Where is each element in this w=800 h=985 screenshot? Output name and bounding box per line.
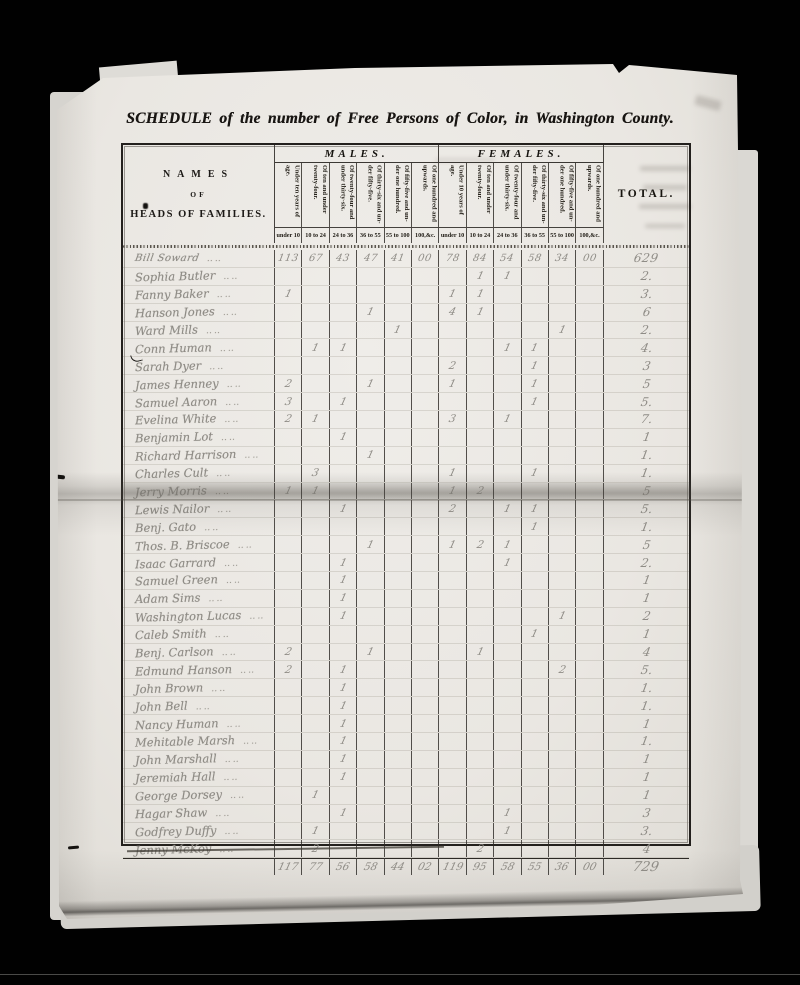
cell-m-10-24 (302, 286, 329, 303)
row-total-cell: 4 (604, 644, 689, 661)
cell-f-36-55 (522, 787, 549, 804)
handwritten-entry: 1. (639, 699, 653, 713)
page-title: SCHEDULE of the number of Free Persons o… (110, 110, 690, 128)
cell-f-24-36 (494, 447, 521, 464)
head-of-family-name: Benj. Carlson (135, 644, 238, 661)
cell-f-100up (576, 787, 603, 804)
total-f-36-55: 55 (522, 858, 549, 875)
head-of-family-cell: Sophia Butler (123, 268, 275, 285)
cell-m-55-100 (385, 608, 412, 625)
cell-f-100up (576, 375, 603, 392)
cell-f-under10: 3 (439, 411, 466, 428)
head-of-family-name: Hanson Jones (135, 304, 239, 321)
cell-m-10-24 (302, 322, 329, 339)
handwritten-entry: 3 (283, 396, 293, 408)
cell-m-under10 (275, 697, 302, 714)
total-m-24-36: 56 (330, 858, 357, 875)
head-of-family-name: John Bell (135, 698, 212, 714)
row-total-cell: 7. (604, 411, 689, 428)
cell-m-100up (412, 411, 439, 428)
cell-f-36-55 (522, 608, 549, 625)
cell-f-under10 (439, 751, 466, 768)
cell-m-24-36 (330, 644, 357, 661)
cell-m-55-100 (385, 626, 412, 643)
cell-f-36-55 (522, 715, 549, 732)
cell-f-55-100 (549, 554, 576, 571)
row-total-cell: 5 (604, 375, 689, 392)
head-of-family-cell: Jenny McKoy (123, 840, 275, 857)
head-of-family-cell: Edmund Hanson (123, 661, 275, 678)
cell-m-24-36 (330, 447, 357, 464)
col-header-m-under10: Under ten years of age. (275, 163, 302, 227)
cell-f-100up (576, 339, 603, 356)
cell-m-10-24 (302, 536, 329, 553)
cell-m-under10: 1 (275, 286, 302, 303)
cell-f-100up (576, 715, 603, 732)
row-total-cell: 1. (604, 518, 689, 535)
cell-f-under10 (439, 733, 466, 750)
cell-f-55-100 (549, 304, 576, 321)
handwritten-entry: 1 (393, 324, 403, 336)
col-header-m-55-100: Of fifty-five and un-der one hundred. (385, 163, 412, 227)
cell-m-24-36: 1 (330, 715, 357, 732)
table-row: Samuel Green11 (123, 572, 689, 590)
col-subheader-f-under10: under 10 (439, 227, 466, 243)
cell-m-55-100 (385, 268, 412, 285)
cell-m-10-24 (302, 429, 329, 446)
cell-f-under10: 2 (439, 500, 466, 517)
cell-m-100up (412, 751, 439, 768)
handwritten-entry: 77 (307, 861, 323, 873)
head-of-family-cell: Thos. B. Briscoe (123, 536, 275, 553)
cell-f-10-24 (467, 661, 494, 678)
cell-f-under10: 1 (439, 536, 466, 553)
cell-m-10-24 (302, 304, 329, 321)
cell-m-10-24 (302, 805, 329, 822)
cell-f-55-100 (549, 840, 576, 857)
cell-m-24-36: 1 (330, 679, 357, 696)
col-subheader-m-under10: under 10 (275, 227, 302, 243)
cell-m-100up (412, 626, 439, 643)
cell-f-55-100 (549, 268, 576, 285)
cell-f-10-24: 1 (467, 644, 494, 661)
handwritten-entry: 1 (366, 306, 376, 318)
handwritten-entry: 1. (639, 466, 653, 480)
handwritten-entry: 1 (311, 789, 321, 801)
cell-f-under10: 1 (439, 375, 466, 392)
head-of-family-name: Godfrey Duffy (135, 823, 241, 840)
handwritten-entry: 00 (581, 861, 597, 873)
cell-f-10-24: 2 (467, 840, 494, 857)
head-of-family-name: Evelina White (135, 411, 241, 428)
col-header-f-10-24: Of ten and under twenty-four. (467, 163, 494, 227)
cell-f-24-36 (494, 518, 521, 535)
cell-f-24-36: 1 (494, 805, 521, 822)
row-total-cell: 5. (604, 393, 689, 410)
handwritten-entry: 1 (338, 557, 348, 569)
handwritten-entry: 1 (502, 503, 512, 515)
cell-f-under10 (439, 590, 466, 607)
scan-artifact-line (0, 974, 800, 975)
row-total-cell: 1 (604, 572, 689, 589)
cell-m-36-55 (357, 572, 384, 589)
females-group-header: FEMALES. (439, 145, 603, 163)
handwritten-entry: 2 (448, 360, 458, 372)
col-header-m-100up: Of one hundred and upwards. (412, 163, 439, 227)
cell-m-24-36 (330, 286, 357, 303)
total-m-55-100: 44 (385, 858, 412, 875)
head-of-family-name: Jeremiah Hall (135, 769, 240, 786)
cell-f-10-24 (467, 697, 494, 714)
grand-total-cell: 729 (604, 858, 689, 875)
cell-m-100up (412, 393, 439, 410)
cell-f-10-24 (467, 626, 494, 643)
handwritten-entry: 2 (283, 664, 293, 676)
cell-f-under10 (439, 697, 466, 714)
handwritten-entry: 3. (639, 824, 653, 838)
handwritten-entry: 3 (641, 359, 651, 373)
cell-m-100up (412, 823, 439, 840)
handwritten-entry: 1 (641, 591, 651, 605)
cell-f-100up (576, 751, 603, 768)
col-subheader-m-36-55: 36 to 55 (357, 227, 384, 243)
handwritten-entry: 6 (641, 305, 651, 319)
handwritten-entry: 02 (417, 861, 433, 873)
col-subheader-f-24-36: 24 to 36 (494, 227, 521, 243)
cell-f-55-100 (549, 644, 576, 661)
cell-m-10-24: 1 (302, 483, 329, 500)
handwritten-entry: 1 (338, 718, 348, 730)
cell-m-100up (412, 554, 439, 571)
cell-m-24-36: 1 (330, 393, 357, 410)
head-of-family-cell: Benjamin Lot (123, 429, 275, 446)
cell-m-36-55 (357, 286, 384, 303)
cell-m-10-24 (302, 554, 329, 571)
handwritten-entry: 1 (448, 485, 458, 497)
cell-f-100up (576, 572, 603, 589)
handwritten-entry: 2. (639, 323, 653, 337)
cell-m-under10 (275, 805, 302, 822)
table-row: John Marshall11 (123, 751, 689, 769)
cell-f-55-100 (549, 733, 576, 750)
cell-m-55-100 (385, 715, 412, 732)
cell-f-55-100 (549, 536, 576, 553)
cell-f-10-24: 1 (467, 286, 494, 303)
cell-m-10-24 (302, 769, 329, 786)
cell-f-100up (576, 268, 603, 285)
cell-f-36-55 (522, 572, 549, 589)
row-total-cell: 2. (604, 268, 689, 285)
row-total-cell: 2. (604, 322, 689, 339)
cell-m-36-55: 1 (357, 644, 384, 661)
cell-f-100up (576, 322, 603, 339)
total-f-55-100: 36 (549, 858, 576, 875)
cell-m-55-100 (385, 751, 412, 768)
cell-m-10-24: 1 (302, 411, 329, 428)
cell-f-under10 (439, 679, 466, 696)
cell-m-24-36 (330, 268, 357, 285)
cell-m-10-24: 2 (302, 840, 329, 857)
cell-m-100up (412, 715, 439, 732)
cell-f-10-24: 84 (467, 250, 494, 267)
cell-f-10-24 (467, 715, 494, 732)
cell-f-55-100 (549, 357, 576, 374)
handwritten-entry: 00 (582, 253, 598, 264)
cell-f-10-24: 1 (467, 268, 494, 285)
head-of-family-name: Thos. B. Briscoe (135, 536, 254, 553)
head-of-family-cell: John Brown (123, 679, 275, 696)
handwritten-entry: 1 (530, 342, 540, 354)
cell-m-36-55 (357, 661, 384, 678)
handwritten-entry: 1 (475, 288, 485, 300)
cell-f-under10: 1 (439, 286, 466, 303)
cell-m-55-100 (385, 465, 412, 482)
handwritten-entry: 1 (557, 610, 567, 622)
cell-m-55-100: 41 (385, 250, 412, 267)
row-total-cell: 5 (604, 536, 689, 553)
cell-f-10-24 (467, 572, 494, 589)
cell-m-under10 (275, 518, 302, 535)
col-subheader-m-100up: 100,&c. (412, 227, 439, 243)
cell-f-24-36 (494, 751, 521, 768)
handwritten-entry: 1. (639, 734, 653, 748)
handwritten-entry: 34 (554, 253, 570, 264)
cell-f-100up (576, 304, 603, 321)
handwritten-entry: 1 (641, 627, 651, 641)
cell-m-55-100 (385, 554, 412, 571)
cell-m-100up (412, 465, 439, 482)
table-row: Conn Human11114. (123, 339, 689, 357)
cell-f-100up (576, 429, 603, 446)
row-total-cell: 5 (604, 483, 689, 500)
table-row: Lewis Nailor12115. (123, 500, 689, 518)
cell-m-55-100 (385, 697, 412, 714)
row-total-cell: 1. (604, 465, 689, 482)
cell-f-100up (576, 769, 603, 786)
handwritten-entry: 58 (499, 861, 515, 873)
cell-m-10-24: 67 (302, 250, 329, 267)
cell-m-24-36: 1 (330, 805, 357, 822)
handwritten-entry: 1 (311, 342, 321, 354)
cell-m-24-36: 1 (330, 661, 357, 678)
handwritten-entry: 1 (641, 752, 651, 766)
row-total-cell: 1 (604, 751, 689, 768)
handwritten-entry: 1 (530, 467, 540, 479)
cell-m-under10 (275, 715, 302, 732)
cell-f-24-36 (494, 697, 521, 714)
total-column-header: TOTAL. (604, 145, 689, 243)
cell-m-55-100 (385, 590, 412, 607)
cell-f-10-24 (467, 465, 494, 482)
handwritten-entry: 1 (311, 825, 321, 837)
cell-f-under10 (439, 393, 466, 410)
handwritten-entry: 1 (502, 557, 512, 569)
table-row: George Dorsey11 (123, 787, 689, 805)
cell-m-10-24 (302, 644, 329, 661)
cell-m-24-36 (330, 375, 357, 392)
handwritten-entry: 47 (363, 253, 379, 264)
cell-f-100up (576, 608, 603, 625)
handwritten-entry: 1 (338, 753, 348, 765)
cell-m-10-24 (302, 626, 329, 643)
cell-m-55-100 (385, 429, 412, 446)
cell-m-24-36: 1 (330, 500, 357, 517)
cell-m-100up (412, 733, 439, 750)
cell-f-55-100 (549, 805, 576, 822)
handwritten-entry: 1 (338, 431, 348, 443)
handwritten-entry: 1. (639, 681, 653, 695)
row-total-cell: 5. (604, 500, 689, 517)
head-of-family-cell: Jerry Morris (123, 483, 275, 500)
cell-m-36-55 (357, 339, 384, 356)
cell-f-55-100 (549, 375, 576, 392)
cell-f-10-24 (467, 357, 494, 374)
cell-m-100up (412, 590, 439, 607)
cell-m-100up (412, 840, 439, 857)
cell-f-under10 (439, 644, 466, 661)
cell-f-under10 (439, 608, 466, 625)
cell-f-55-100: 1 (549, 322, 576, 339)
cell-m-100up (412, 608, 439, 625)
handwritten-entry: 2 (283, 413, 293, 425)
handwritten-entry: 1 (530, 503, 540, 515)
cell-f-10-24 (467, 322, 494, 339)
head-of-family-name: Jenny McKoy (135, 841, 236, 858)
cell-m-10-24: 1 (302, 339, 329, 356)
cell-f-24-36 (494, 286, 521, 303)
head-of-family-cell: Isaac Garrard (123, 554, 275, 571)
col-subheader-m-55-100: 55 to 100 (385, 227, 412, 243)
col-subheader-f-100up: 100,&c. (576, 227, 603, 243)
cell-m-24-36 (330, 787, 357, 804)
head-of-family-cell: Adam Sims (123, 590, 275, 607)
table-row: Caleb Smith11 (123, 626, 689, 644)
cell-f-100up (576, 661, 603, 678)
row-total-cell: 1. (604, 733, 689, 750)
cell-f-100up (576, 483, 603, 500)
head-of-family-name: Benj. Gato (135, 519, 220, 535)
cell-m-36-55: 1 (357, 536, 384, 553)
head-of-family-name: Caleb Smith (135, 626, 231, 642)
cell-f-under10 (439, 339, 466, 356)
head-of-family-cell: Ward Mills (123, 322, 275, 339)
head-of-family-name: Nancy Human (135, 715, 243, 732)
handwritten-entry: 2 (283, 646, 293, 658)
cell-f-10-24 (467, 339, 494, 356)
cell-m-100up (412, 805, 439, 822)
handwritten-entry: 1 (338, 610, 348, 622)
col-header-m-10-24: Of ten and under twenty-four. (302, 163, 329, 227)
row-total-cell: 3 (604, 357, 689, 374)
table-row: Jenny McKoy224 (123, 840, 689, 858)
col-header-f-36-55: Of thirty-six and un-der fifty-five. (522, 163, 549, 227)
cell-m-10-24 (302, 357, 329, 374)
cell-f-36-55 (522, 661, 549, 678)
handwritten-entry: 117 (277, 861, 300, 873)
cell-f-36-55 (522, 304, 549, 321)
handwritten-entry: 5 (641, 538, 651, 552)
cell-f-55-100 (549, 518, 576, 535)
totals-row: 11777565844021199558553600729 (123, 858, 689, 875)
handwritten-entry: 4 (448, 306, 458, 318)
names-column-header: NAMES OF HEADS OF FAMILIES. (123, 145, 275, 243)
cell-m-36-55: 47 (357, 250, 384, 267)
cell-m-55-100 (385, 304, 412, 321)
cell-m-55-100 (385, 679, 412, 696)
head-of-family-cell: Jeremiah Hall (123, 769, 275, 786)
cell-m-100up (412, 483, 439, 500)
cell-m-10-24 (302, 500, 329, 517)
cell-f-24-36 (494, 608, 521, 625)
handwritten-entry: 43 (335, 253, 351, 264)
cell-m-36-55 (357, 733, 384, 750)
cell-m-100up (412, 572, 439, 589)
cell-m-36-55 (357, 840, 384, 857)
handwritten-entry: 3 (448, 413, 458, 425)
cell-f-100up (576, 590, 603, 607)
cell-f-100up (576, 411, 603, 428)
cell-f-100up (576, 626, 603, 643)
handwritten-entry: 41 (390, 253, 406, 264)
table-row: Samuel Aaron3115. (123, 393, 689, 411)
names-header-line3: HEADS OF FAMILIES. (130, 209, 266, 220)
table-row: Richard Harrison11. (123, 447, 689, 465)
cell-m-10-24 (302, 733, 329, 750)
handwritten-entry: 3 (311, 467, 321, 479)
cell-f-100up (576, 679, 603, 696)
head-of-family-name: Ward Mills (135, 322, 222, 338)
cell-m-36-55 (357, 483, 384, 500)
cell-m-36-55 (357, 769, 384, 786)
cell-m-under10 (275, 429, 302, 446)
handwritten-entry: 1 (502, 270, 512, 282)
table-row: Sophia Butler112. (123, 268, 689, 286)
handwritten-entry: 1 (530, 396, 540, 408)
head-of-family-cell: Godfrey Duffy (123, 823, 275, 840)
cell-m-36-55: 1 (357, 447, 384, 464)
cell-m-36-55 (357, 322, 384, 339)
cell-m-under10 (275, 572, 302, 589)
cell-m-10-24 (302, 679, 329, 696)
handwritten-entry: 2. (639, 556, 653, 570)
cell-f-55-100 (549, 447, 576, 464)
cell-m-under10: 2 (275, 411, 302, 428)
handwritten-entry: 1 (448, 467, 458, 479)
cell-m-under10 (275, 268, 302, 285)
table-row: Jerry Morris11125 (123, 483, 689, 501)
cell-m-10-24 (302, 572, 329, 589)
table-row: Nancy Human11 (123, 715, 689, 733)
head-of-family-name: Sarah Dyer (135, 358, 226, 374)
handwritten-entry: 1 (502, 539, 512, 551)
col-header-m-24-36: Of twenty-four and under thirty-six. (330, 163, 357, 227)
handwritten-entry: 7. (639, 412, 653, 426)
cell-m-24-36: 1 (330, 429, 357, 446)
cell-m-55-100 (385, 572, 412, 589)
head-of-family-cell: Fanny Baker (123, 286, 275, 303)
cell-m-100up (412, 286, 439, 303)
row-total-cell: 1. (604, 447, 689, 464)
cell-f-10-24 (467, 518, 494, 535)
cell-m-24-36 (330, 626, 357, 643)
cell-f-55-100: 2 (549, 661, 576, 678)
cell-m-10-24 (302, 375, 329, 392)
cell-m-under10 (275, 733, 302, 750)
handwritten-entry: 67 (308, 253, 324, 264)
cell-m-10-24: 1 (302, 823, 329, 840)
head-of-family-cell: Caleb Smith (123, 626, 275, 643)
cell-f-36-55: 1 (522, 375, 549, 392)
